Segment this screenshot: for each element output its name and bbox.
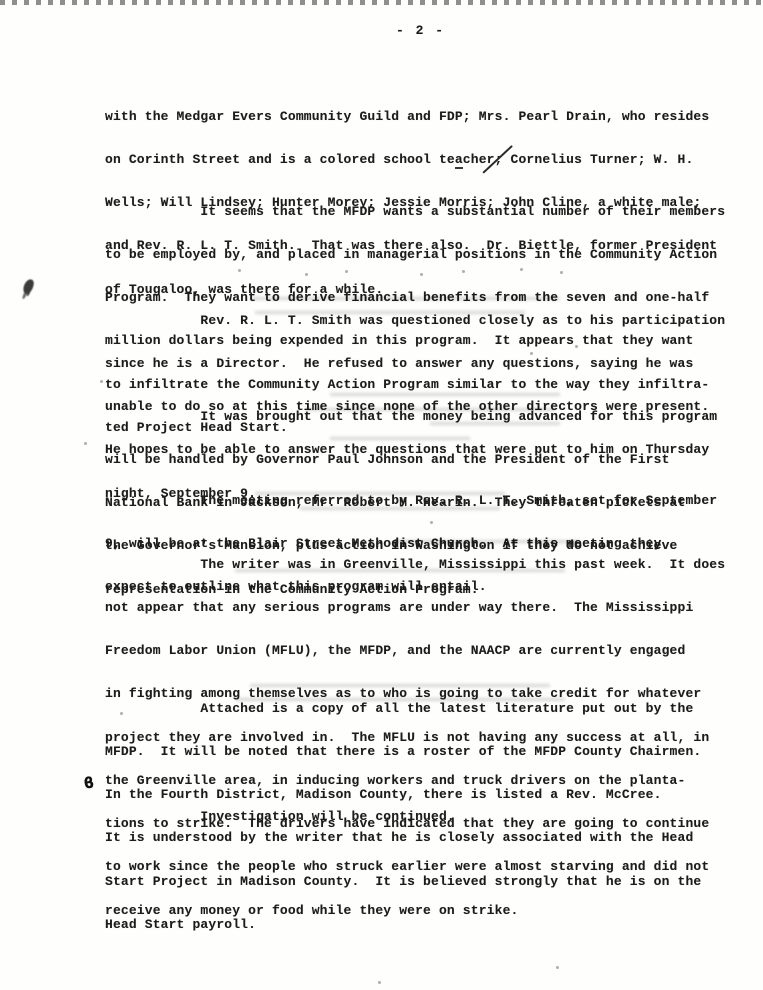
scan-speck (420, 273, 423, 276)
scan-speck (600, 296, 603, 299)
scan-speck (378, 981, 381, 984)
page-number: - 2 - (396, 23, 445, 38)
text-line: MFDP. It will be noted that there is a r… (105, 745, 701, 759)
scan-speck (530, 352, 533, 355)
text-line: Rev. R. L. T. Smith was questioned close… (105, 314, 725, 328)
text-line: to be employed by, and placed in manager… (105, 248, 725, 262)
text-line: Freedom Labor Union (MFLU), the MFDP, an… (105, 644, 725, 658)
scan-speck (462, 270, 465, 273)
scan-speck (430, 521, 433, 524)
text-line: not appear that any serious programs are… (105, 601, 725, 615)
text-line: The writer was in Greenville, Mississipp… (105, 558, 725, 572)
text-line: Start Project in Madison County. It is b… (105, 875, 701, 889)
scan-speck (305, 273, 308, 276)
scan-speck (84, 442, 87, 445)
text-line: on Corinth Street and is a colored schoo… (105, 153, 717, 167)
paragraph-closing: Investigation will be continued. (105, 781, 455, 853)
scan-speck (345, 270, 348, 273)
text-line: Attached is a copy of all the latest lit… (105, 702, 701, 716)
text-line: Investigation will be continued. (105, 810, 455, 824)
document-page: - 2 - with the Medgar Evers Community Gu… (0, 0, 763, 990)
scan-speck (575, 345, 578, 348)
scan-speck (556, 966, 559, 969)
perforation-dots (0, 0, 763, 5)
text-line: with the Medgar Evers Community Guild an… (105, 110, 717, 124)
scan-speck (560, 271, 563, 274)
pen-tick-mark (455, 167, 463, 169)
margin-annotation-mark: ϐ (83, 774, 95, 793)
text-line: since he is a Director. He refused to an… (105, 357, 725, 371)
scan-speck (120, 712, 123, 715)
scan-speck (238, 269, 241, 272)
scan-speck (100, 380, 103, 383)
margin-ink-blot (22, 278, 35, 295)
text-line: It was brought out that the money being … (105, 410, 717, 424)
text-line: It seems that the MFDP wants a substanti… (105, 205, 725, 219)
scan-speck (520, 268, 523, 271)
text-line: Head Start payroll. (105, 918, 701, 932)
text-line: The meeting referred to by Rev. R. L. T.… (105, 494, 717, 508)
